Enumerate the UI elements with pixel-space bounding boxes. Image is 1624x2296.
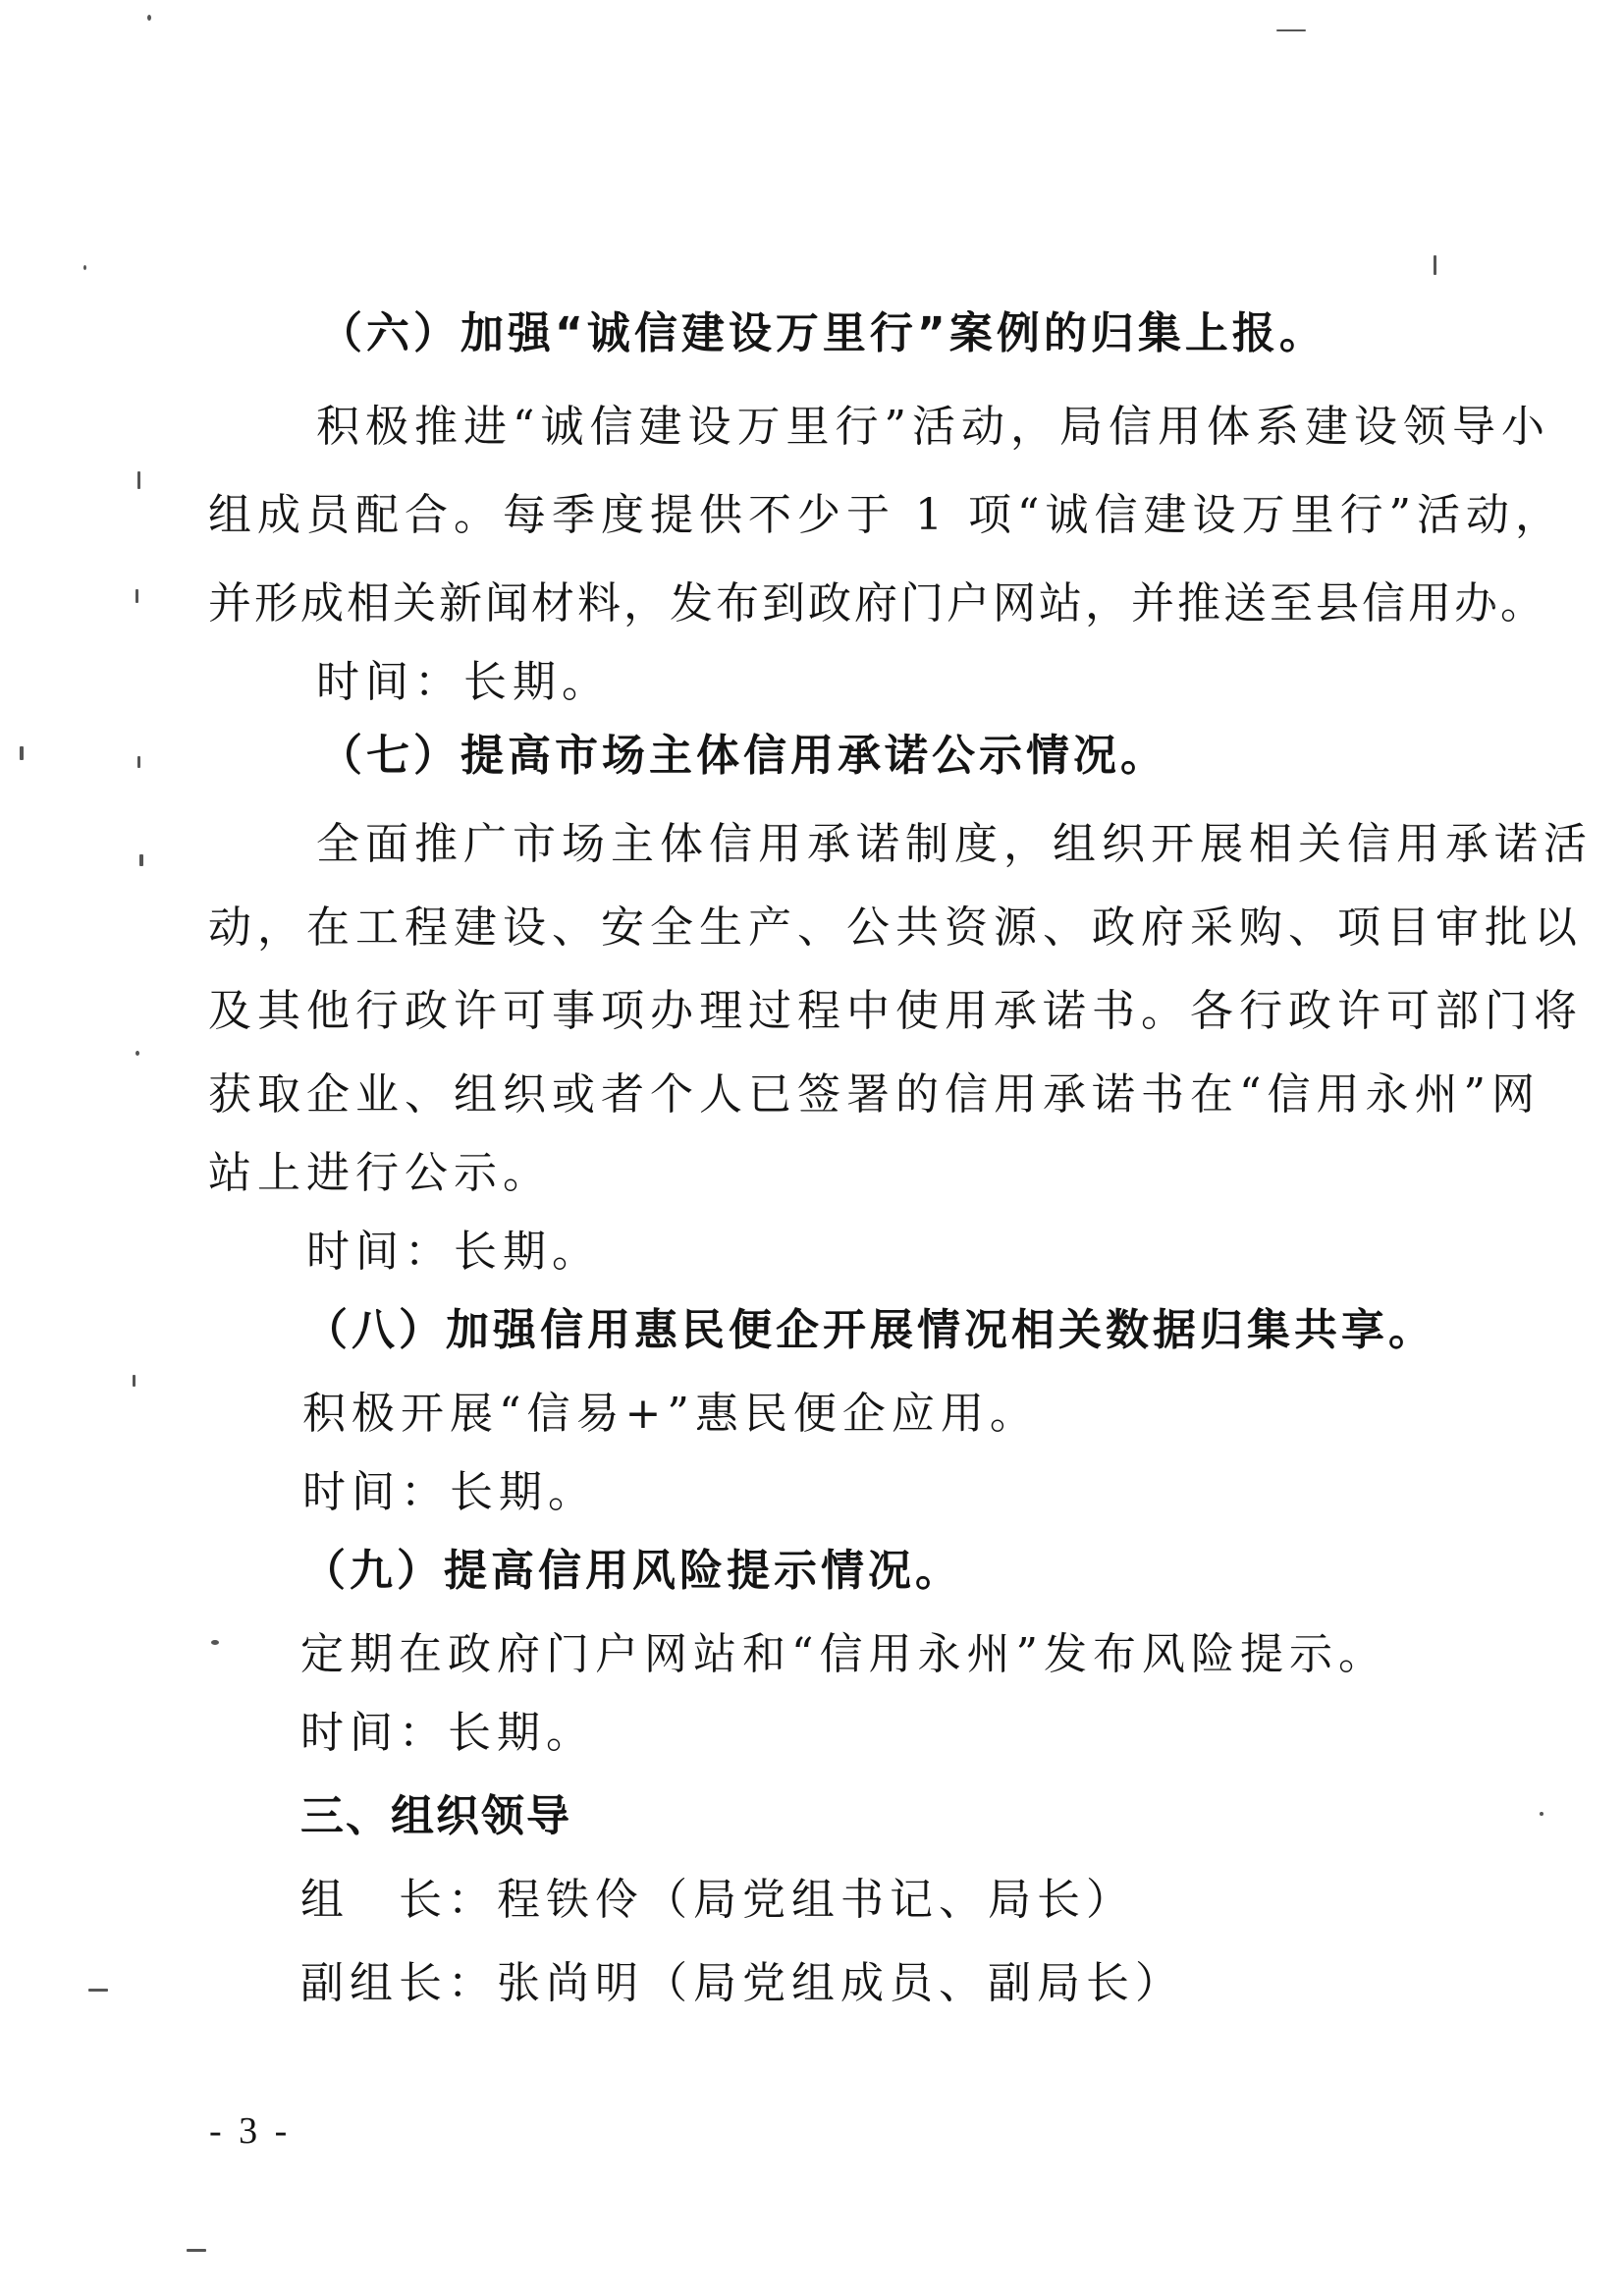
section-6-body-line-3: 并形成相关新闻材料，发布到政府门户网站，并推送至县信用办。 (208, 574, 1546, 633)
section-8-body-line-1: 积极开展“信易+”惠民便企应用。 (302, 1385, 1039, 1444)
scan-speck (1492, 604, 1495, 607)
section-heading-6: （六）加强“诚信建设万里行”案例的归集上报。 (319, 304, 1326, 363)
member-name-title: 程铁伶（局党组书记、局长） (497, 1875, 1135, 1925)
scan-speck (1276, 29, 1306, 31)
document-page: （六）加强“诚信建设万里行”案例的归集上报。 积极推进“诚信建设万里行”活动，局… (0, 0, 1624, 2296)
section-6-body-line-2: 组成员配合。每季度提供不少于 1 项“诚信建设万里行”活动， (208, 486, 1564, 545)
organization-heading: 三、组织领导 (300, 1787, 571, 1846)
section-heading-8: （八）加强信用惠民便企开展情况相关数据归集共享。 (304, 1301, 1435, 1360)
section-7-body-line-4: 获取企业、组织或者个人已签署的信用承诺书在“信用永州”网 (208, 1066, 1541, 1124)
scan-speck (139, 854, 143, 866)
scan-speck (135, 589, 138, 603)
section-6-time: 时间：长期。 (316, 653, 611, 712)
scan-speck (88, 1989, 108, 1992)
member-name-title: 张尚明（局党组成员、副局长） (497, 1958, 1184, 2008)
scan-speck (211, 1640, 219, 1645)
scan-speck (137, 471, 140, 489)
section-7-body-line-5: 站上进行公示。 (208, 1144, 552, 1203)
scan-speck (137, 756, 140, 768)
member-role: 副组长： (300, 1958, 497, 2008)
member-row-leader: 组 长：程铁伶（局党组书记、局长） (300, 1871, 1135, 1930)
scan-speck (133, 1375, 135, 1387)
scan-speck (83, 265, 86, 270)
section-9-body-line-1: 定期在政府门户网站和“信用永州”发布风险提示。 (300, 1625, 1387, 1684)
page-number: - 3 - (209, 2109, 291, 2153)
member-row-deputy: 副组长：张尚明（局党组成员、副局长） (300, 1954, 1184, 2013)
section-7-body-line-2: 动，在工程建设、安全生产、公共资源、政府采购、项目审批以 (208, 899, 1583, 957)
section-7-time: 时间：长期。 (306, 1223, 601, 1282)
scan-speck (135, 1051, 139, 1056)
scan-speck (20, 746, 24, 760)
section-heading-9: （九）提高信用风险提示情况。 (302, 1542, 962, 1601)
section-6-body-line-1: 积极推进“诚信建设万里行”活动，局信用体系建设领导小 (316, 398, 1550, 457)
section-7-body-line-1: 全面推广市场主体信用承诺制度，组织开展相关信用承诺活 (316, 815, 1593, 874)
scan-speck (1434, 255, 1436, 275)
section-8-time: 时间：长期。 (302, 1463, 597, 1522)
section-9-time: 时间：长期。 (300, 1704, 595, 1763)
scan-speck (147, 15, 151, 21)
section-heading-7: （七）提高市场主体信用承诺公示情况。 (319, 727, 1167, 786)
member-role: 组 长： (300, 1875, 497, 1925)
scan-speck (187, 2249, 206, 2252)
scan-speck (1540, 1812, 1543, 1816)
section-7-body-line-3: 及其他行政许可事项办理过程中使用承诺书。各行政许可部门将 (208, 982, 1583, 1041)
